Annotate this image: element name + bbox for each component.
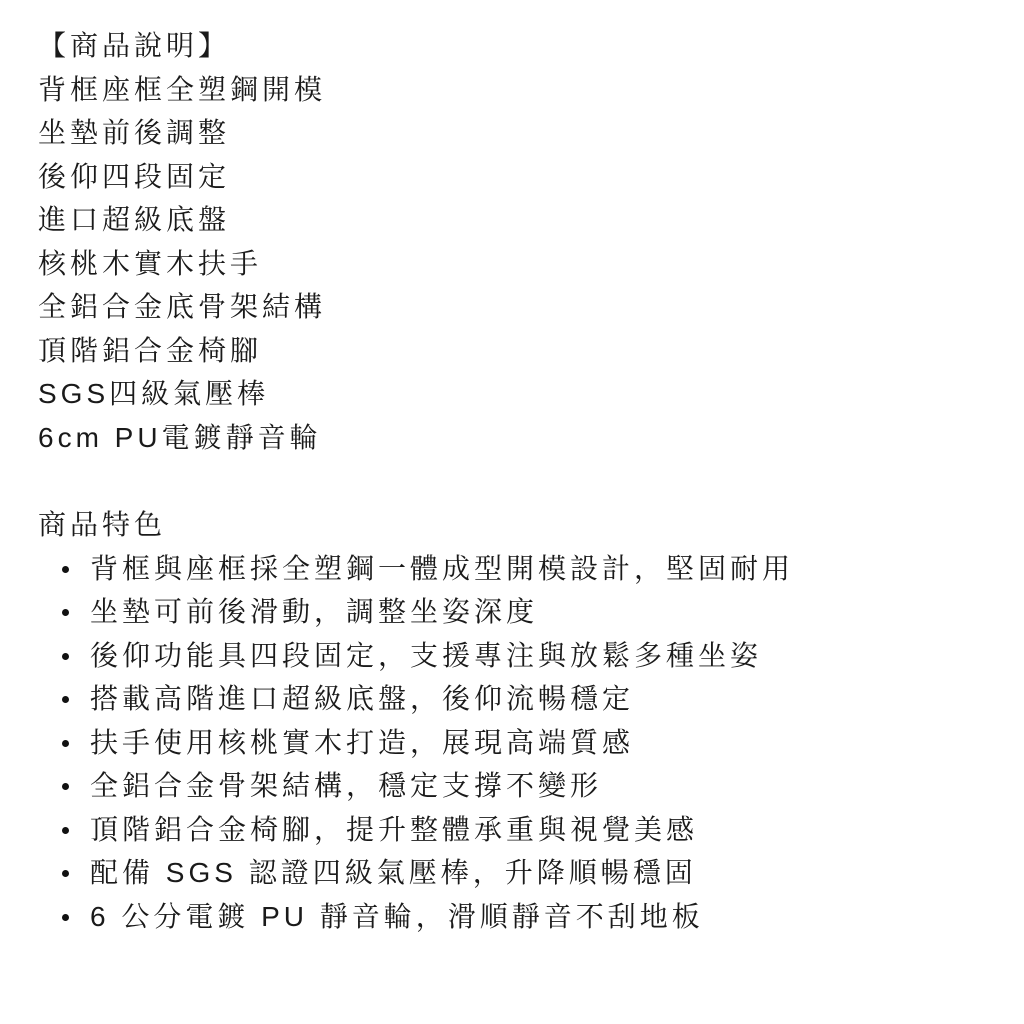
bullet-icon — [62, 914, 69, 921]
spec-line: 後仰四段固定 — [38, 155, 1004, 199]
feature-item: 扶手使用核桃實木打造，展現高端質感 — [38, 721, 1004, 765]
bullet-icon — [62, 696, 69, 703]
feature-text: 背框與座框採全塑鋼一體成型開模設計，堅固耐用 — [90, 547, 794, 591]
product-description-document: 【商品說明】 背框座框全塑鋼開模 坐墊前後調整 後仰四段固定 進口超級底盤 核桃… — [0, 0, 1024, 1024]
product-description-title: 【商品說明】 — [38, 24, 1004, 68]
feature-item: 背框與座框採全塑鋼一體成型開模設計，堅固耐用 — [38, 547, 1004, 591]
feature-text: 全鋁合金骨架結構，穩定支撐不變形 — [90, 764, 602, 808]
feature-text: 6 公分電鍍 PU 靜音輪，滑順靜音不刮地板 — [90, 895, 704, 939]
bullet-icon — [62, 740, 69, 747]
feature-item: 坐墊可前後滑動，調整坐姿深度 — [38, 590, 1004, 634]
feature-text: 搭載高階進口超級底盤，後仰流暢穩定 — [90, 677, 634, 721]
feature-text: 坐墊可前後滑動，調整坐姿深度 — [90, 590, 538, 634]
spec-line: 核桃木實木扶手 — [38, 242, 1004, 286]
bullet-icon — [62, 609, 69, 616]
spec-list: 背框座框全塑鋼開模 坐墊前後調整 後仰四段固定 進口超級底盤 核桃木實木扶手 全… — [38, 68, 1004, 460]
features-list: 背框與座框採全塑鋼一體成型開模設計，堅固耐用 坐墊可前後滑動，調整坐姿深度 後仰… — [38, 547, 1004, 939]
bullet-icon — [62, 566, 69, 573]
spec-line: 全鋁合金底骨架結構 — [38, 285, 1004, 329]
feature-item: 6 公分電鍍 PU 靜音輪，滑順靜音不刮地板 — [38, 895, 1004, 939]
spec-line: 坐墊前後調整 — [38, 111, 1004, 155]
feature-text: 後仰功能具四段固定，支援專注與放鬆多種坐姿 — [90, 634, 762, 678]
feature-item: 後仰功能具四段固定，支援專注與放鬆多種坐姿 — [38, 634, 1004, 678]
bullet-icon — [62, 783, 69, 790]
bullet-icon — [62, 827, 69, 834]
spec-line: 6cm PU電鍍靜音輪 — [38, 416, 1004, 460]
spec-line: 背框座框全塑鋼開模 — [38, 68, 1004, 112]
feature-item: 配備 SGS 認證四級氣壓棒，升降順暢穩固 — [38, 851, 1004, 895]
feature-item: 頂階鋁合金椅腳，提升整體承重與視覺美感 — [38, 808, 1004, 852]
feature-text: 頂階鋁合金椅腳，提升整體承重與視覺美感 — [90, 808, 698, 852]
feature-text: 配備 SGS 認證四級氣壓棒，升降順暢穩固 — [90, 851, 697, 895]
spec-line: 頂階鋁合金椅腳 — [38, 329, 1004, 373]
spec-line: 進口超級底盤 — [38, 198, 1004, 242]
features-heading: 商品特色 — [38, 503, 1004, 547]
spec-line: SGS四級氣壓棒 — [38, 372, 1004, 416]
bullet-icon — [62, 653, 69, 660]
bullet-icon — [62, 870, 69, 877]
feature-text: 扶手使用核桃實木打造，展現高端質感 — [90, 721, 634, 765]
feature-item: 搭載高階進口超級底盤，後仰流暢穩定 — [38, 677, 1004, 721]
feature-item: 全鋁合金骨架結構，穩定支撐不變形 — [38, 764, 1004, 808]
